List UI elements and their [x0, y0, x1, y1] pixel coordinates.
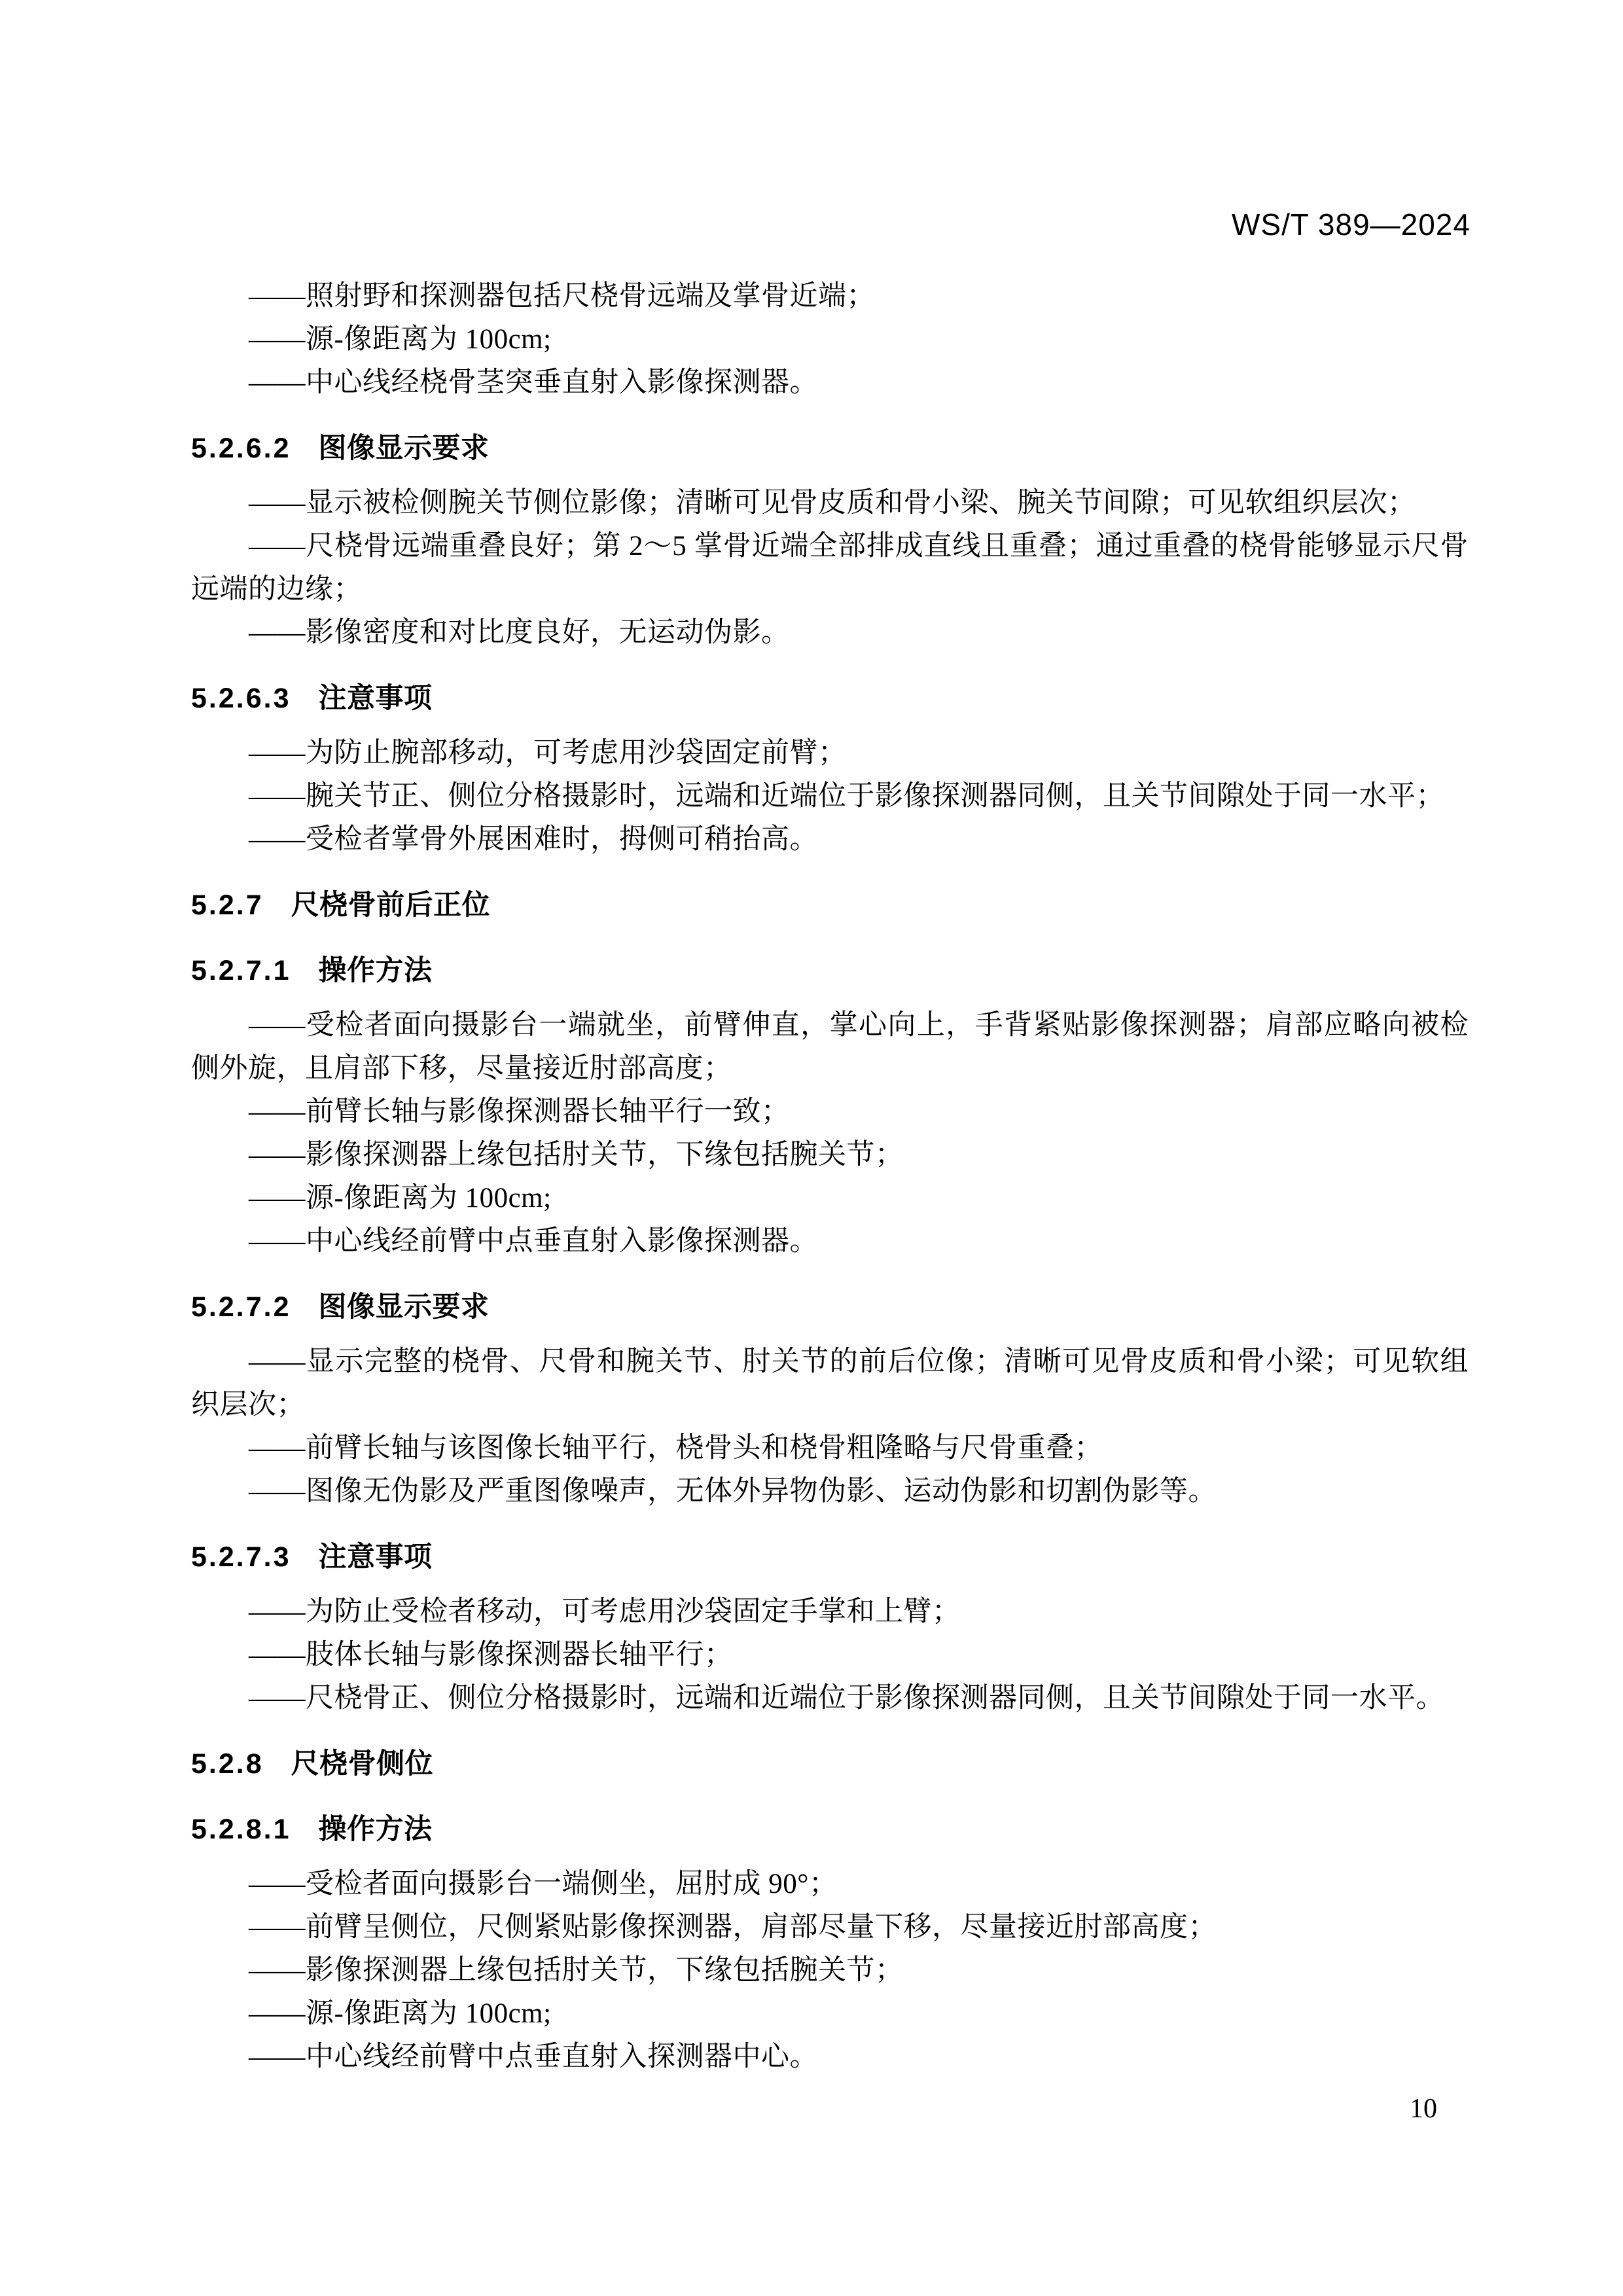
- list-item: ——尺桡骨远端重叠良好；第 2～5 掌骨近端全部排成直线且重叠；通过重叠的桡骨能…: [191, 525, 1469, 611]
- standard-code-header: WS/T 389—2024: [1232, 207, 1471, 242]
- clause-heading: 5.2.7.2图像显示要求: [191, 1285, 1469, 1329]
- list-item: ——受检者面向摄影台一端就坐，前臂伸直，掌心向上，手背紧贴影像探测器；肩部应略向…: [191, 1004, 1469, 1090]
- list-item: ——影像探测器上缘包括肘关节，下缘包括腕关节；: [191, 1949, 1469, 1992]
- clause-number: 5.2.8.1: [191, 1808, 291, 1851]
- list-item: ——前臂长轴与该图像长轴平行，桡骨头和桡骨粗隆略与尺骨重叠；: [191, 1427, 1469, 1470]
- list-item: ——中心线经前臂中点垂直射入影像探测器。: [191, 1220, 1469, 1263]
- list-item: ——源-像距离为 100cm;: [191, 318, 1469, 361]
- list-item: ——中心线经前臂中点垂直射入探测器中心。: [191, 2036, 1469, 2079]
- clause-heading: 5.2.8.1操作方法: [191, 1808, 1469, 1851]
- clause-title: 操作方法: [319, 1814, 433, 1845]
- clause-number: 5.2.7.2: [191, 1285, 291, 1329]
- clause-title: 操作方法: [319, 955, 433, 986]
- list-item: ——受检者面向摄影台一端侧坐，屈肘成 90°；: [191, 1863, 1469, 1906]
- list-item: ——为防止腕部移动，可考虑用沙袋固定前臂；: [191, 732, 1469, 775]
- page-number: 10: [1410, 2093, 1437, 2125]
- list-item: ——受检者掌骨外展困难时，拇侧可稍抬高。: [191, 818, 1469, 861]
- document-page: WS/T 389—2024 ——照射野和探测器包括尺桡骨远端及掌骨近端；——源-…: [0, 0, 1623, 2296]
- list-item: ——前臂长轴与影像探测器长轴平行一致；: [191, 1090, 1469, 1134]
- list-item: ——为防止受检者移动，可考虑用沙袋固定手掌和上臂；: [191, 1590, 1469, 1634]
- clause-number: 5.2.7: [191, 884, 264, 927]
- clause-title: 注意事项: [319, 683, 433, 714]
- list-item: ——影像密度和对比度良好，无运动伪影。: [191, 611, 1469, 655]
- clause-title: 尺桡骨前后正位: [291, 889, 491, 921]
- clause-number: 5.2.7.1: [191, 949, 291, 992]
- clause-heading: 5.2.6.2图像显示要求: [191, 427, 1469, 470]
- list-item: ——显示完整的桡骨、尺骨和腕关节、肘关节的前后位像；清晰可见骨皮质和骨小梁；可见…: [191, 1340, 1469, 1427]
- list-item: ——显示被检侧腕关节侧位影像；清晰可见骨皮质和骨小梁、腕关节间隙；可见软组织层次…: [191, 482, 1469, 525]
- clause-title: 图像显示要求: [319, 1291, 490, 1323]
- list-item: ——图像无伪影及严重图像噪声，无体外异物伪影、运动伪影和切割伪影等。: [191, 1470, 1469, 1513]
- clause-title: 注意事项: [319, 1541, 433, 1573]
- clause-title: 图像显示要求: [319, 433, 490, 464]
- clause-number: 5.2.7.3: [191, 1535, 291, 1579]
- list-item: ——照射野和探测器包括尺桡骨远端及掌骨近端；: [191, 275, 1469, 318]
- clause-heading: 5.2.8尺桡骨侧位: [191, 1742, 1469, 1785]
- clause-number: 5.2.6.3: [191, 677, 291, 720]
- clause-number: 5.2.6.2: [191, 427, 291, 470]
- list-item: ——中心线经桡骨茎突垂直射入影像探测器。: [191, 361, 1469, 404]
- list-item: ——源-像距离为 100cm;: [191, 1992, 1469, 2036]
- clause-heading: 5.2.7.3注意事项: [191, 1535, 1469, 1579]
- list-item: ——尺桡骨正、侧位分格摄影时，远端和近端位于影像探测器同侧，且关节间隙处于同一水…: [191, 1677, 1469, 1720]
- document-body: ——照射野和探测器包括尺桡骨远端及掌骨近端；——源-像距离为 100cm;——中…: [191, 275, 1469, 2079]
- list-item: ——腕关节正、侧位分格摄影时，远端和近端位于影像探测器同侧，且关节间隙处于同一水…: [191, 775, 1469, 818]
- clause-heading: 5.2.6.3注意事项: [191, 677, 1469, 720]
- clause-title: 尺桡骨侧位: [291, 1748, 434, 1780]
- clause-heading: 5.2.7尺桡骨前后正位: [191, 884, 1469, 927]
- list-item: ——前臂呈侧位，尺侧紧贴影像探测器，肩部尽量下移，尽量接近肘部高度；: [191, 1906, 1469, 1949]
- list-item: ——肢体长轴与影像探测器长轴平行；: [191, 1634, 1469, 1677]
- list-item: ——源-像距离为 100cm;: [191, 1177, 1469, 1220]
- clause-number: 5.2.8: [191, 1742, 264, 1785]
- list-item: ——影像探测器上缘包括肘关节，下缘包括腕关节；: [191, 1134, 1469, 1177]
- clause-heading: 5.2.7.1操作方法: [191, 949, 1469, 992]
